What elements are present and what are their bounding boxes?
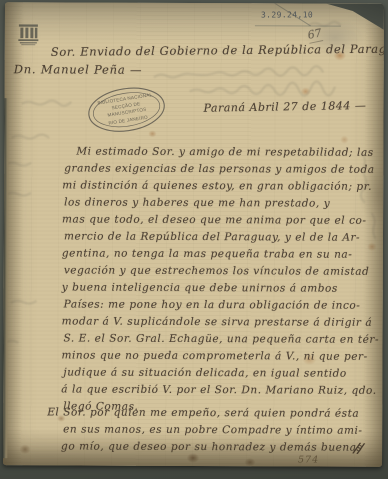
body-line: go mío, que deseo por su honradez y demá…	[61, 438, 383, 456]
recipient-name-line: Dn. Manuel Peña —	[14, 62, 143, 77]
columns-mark-icon	[18, 24, 39, 46]
body-line: mi distinción á quienes estoy, en gran o…	[62, 177, 384, 195]
letter-body-paragraph-1: Mi estimado Sor. y amigo de mi respetabi…	[61, 143, 384, 416]
library-oval-stamp: BIBLIOTECA NACIONAL SECÇÃO DE MANUSCRIPT…	[84, 81, 170, 139]
catalog-underline	[255, 25, 341, 26]
body-line: mercio de la República del Paraguay, y e…	[64, 228, 384, 246]
body-line: judique á su situación delicada, en igua…	[63, 364, 383, 382]
body-line: gentina, no tenga la mas pequeña traba e…	[62, 245, 384, 263]
folio-number-bottom: 574	[298, 454, 319, 465]
body-line: modar á V. suplicándole se sirva prestar…	[62, 313, 384, 331]
body-line: Mi estimado Sor. y amigo de mi respetabi…	[62, 143, 384, 161]
body-line: grandes exigencias de las personas y ami…	[64, 160, 384, 178]
body-line: El Sor. por quien me empeño, será quien …	[47, 404, 383, 422]
body-line: Países: me pone hoy en la dura obligació…	[64, 296, 384, 314]
body-line: vegación y que estrechemos los vínculos …	[64, 262, 384, 280]
paper-sheet: 3.29.24,10 67 Sor. Enviado del Gobierno …	[3, 2, 384, 467]
body-line: minos que no pueda comprometerla á V., n…	[61, 347, 383, 365]
body-line: en sus manos, es un pobre Compadre y ínt…	[63, 421, 383, 439]
body-line: y buena inteligencia que debe unirnos á …	[62, 279, 384, 297]
page-edge-left	[3, 98, 10, 458]
scanned-letter-page: 3.29.24,10 67 Sor. Enviado del Gobierno …	[0, 0, 388, 479]
recipient-title-line: Sor. Enviado del Gobierno de la Repúblic…	[51, 41, 384, 58]
body-line: mas que todo, el deseo que me anima por …	[62, 211, 384, 229]
body-line: los dineros y haberes que me han prestad…	[64, 194, 384, 212]
dateline: Paraná Abril 27 de 1844 —	[203, 99, 366, 115]
letter-body-paragraph-2: El Sor. por quien me empeño, será quien …	[47, 404, 383, 456]
folio-number-top: 67	[306, 26, 323, 44]
body-line: á la que escribió V. por el Sor. Dn. Mar…	[61, 381, 383, 399]
body-line: S. E. el Sor. Gral. Echagüe, una pequeña…	[64, 330, 384, 348]
